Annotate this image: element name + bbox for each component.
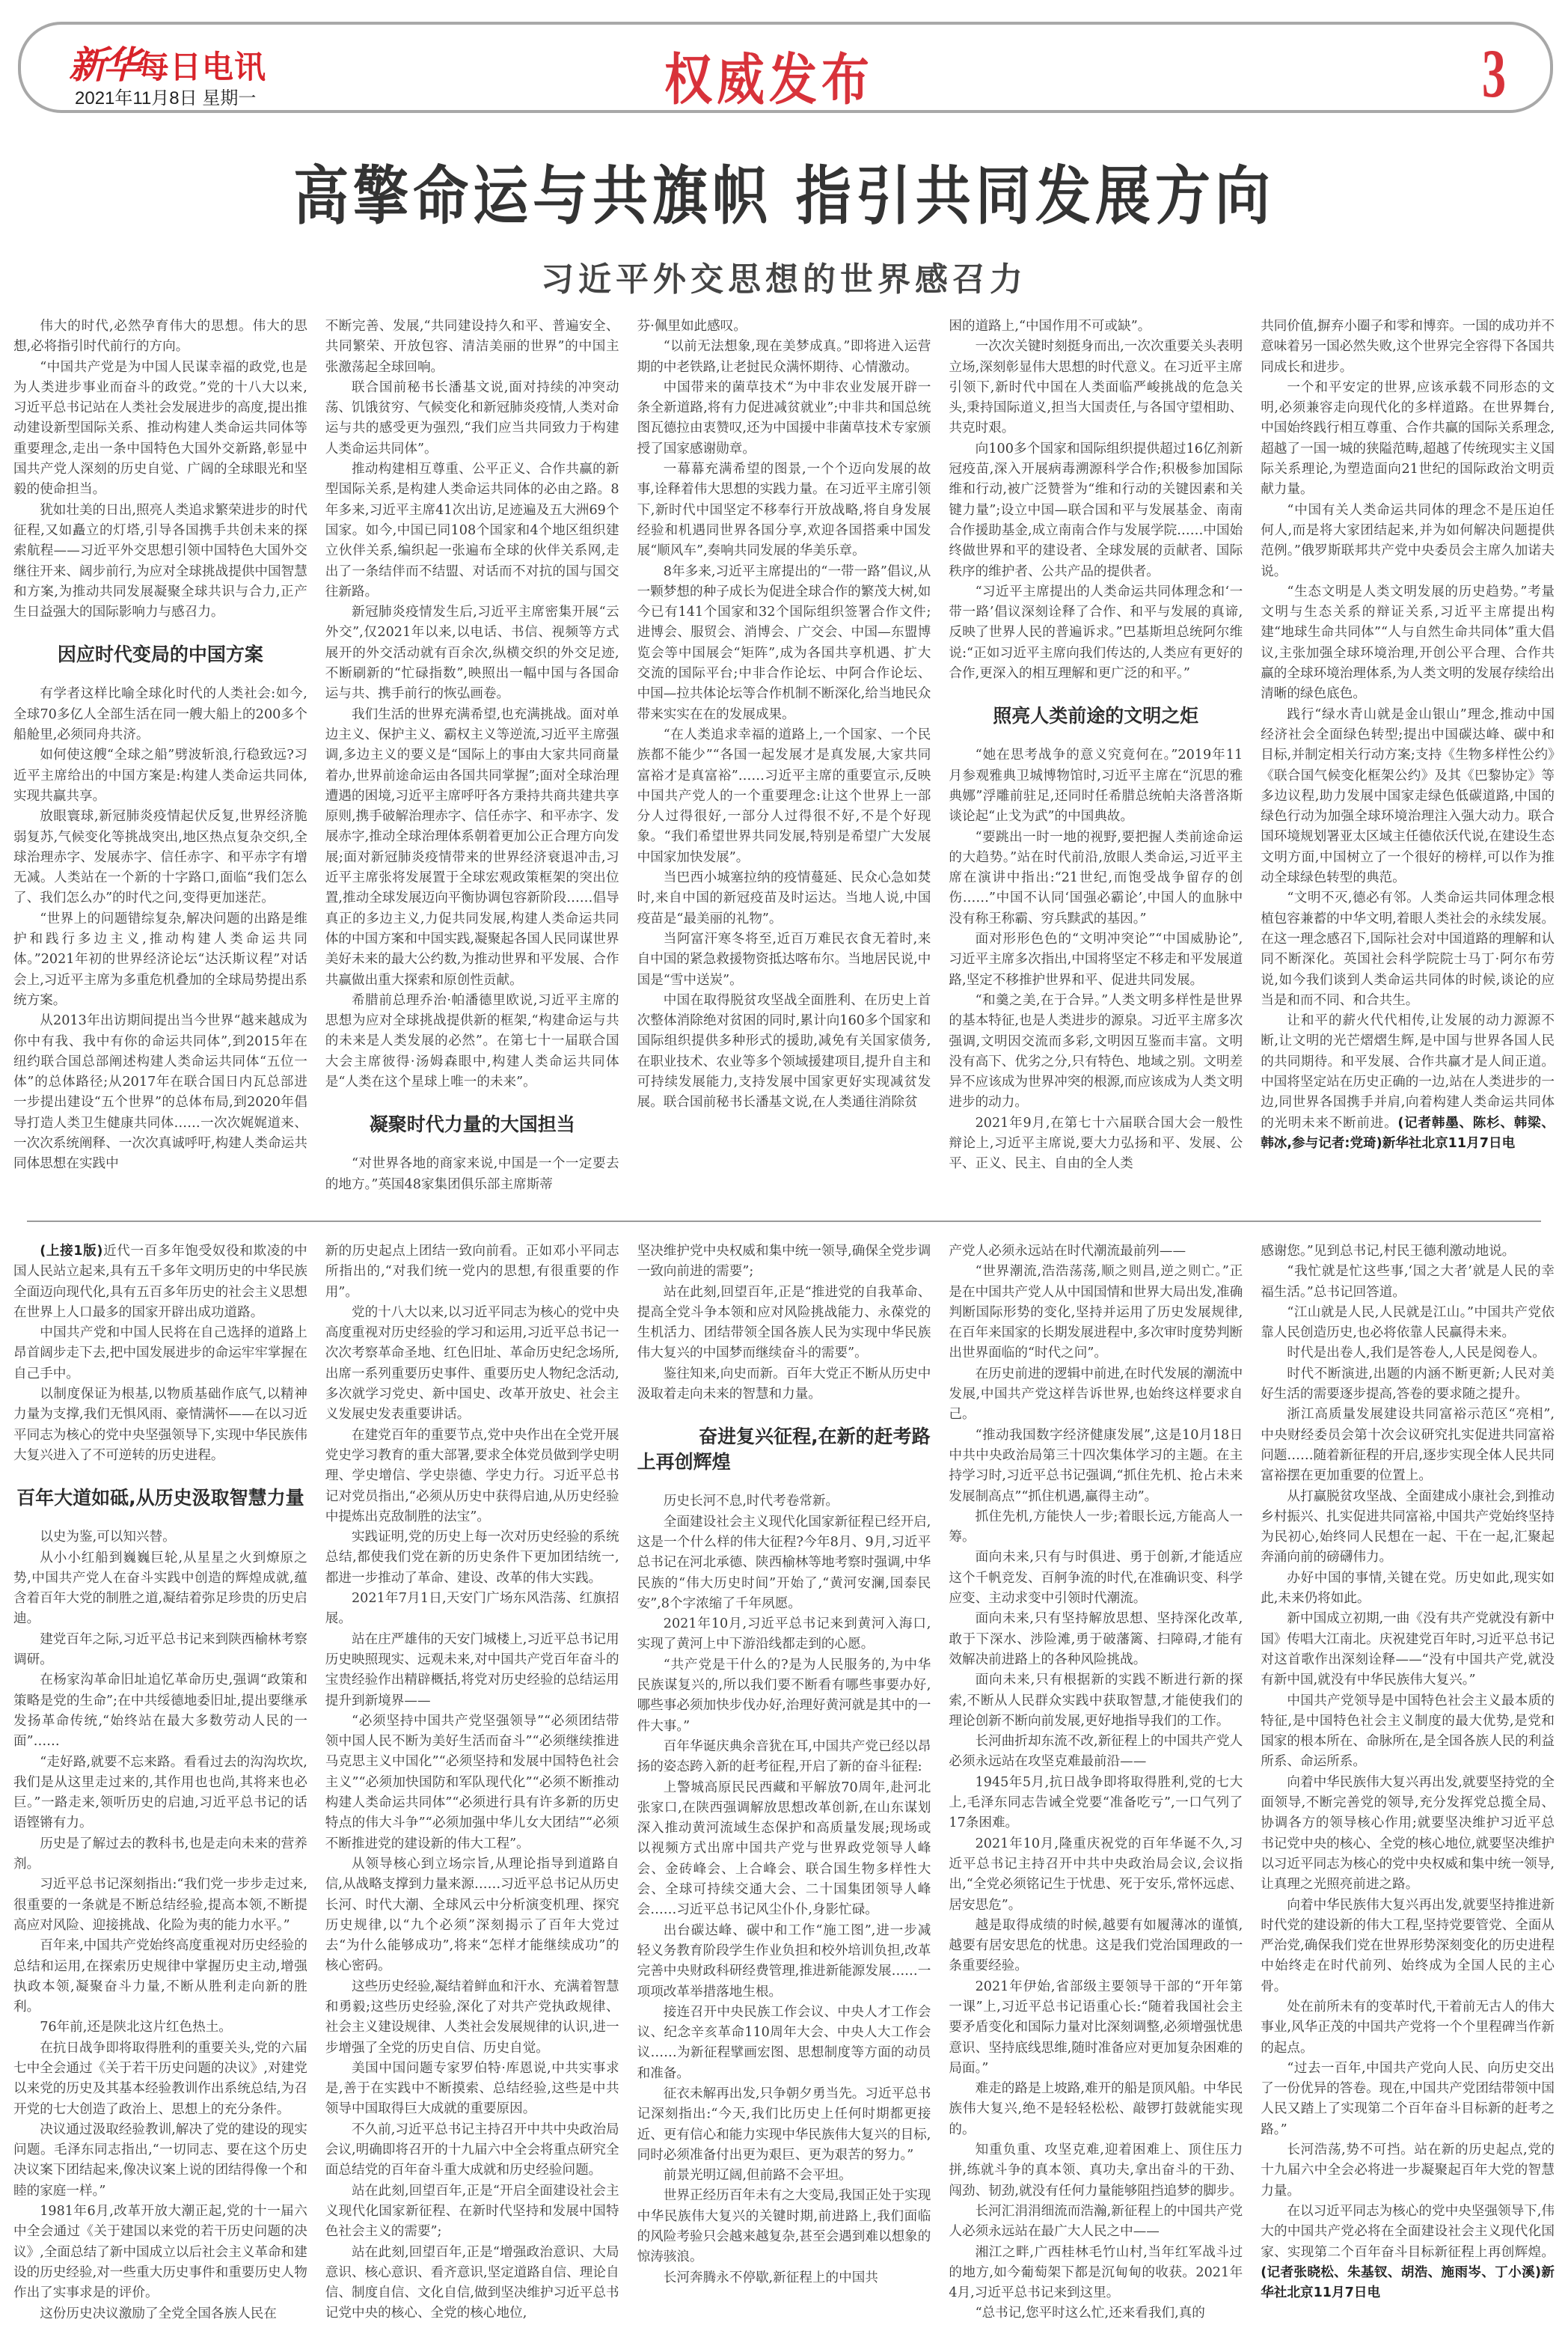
paragraph: 时代不断演进,出题的内涵不断更新;人民对美好生活的需要逐步提高,答卷的要求随之提… bbox=[1261, 1364, 1555, 1405]
paragraph: 前景光明辽阔,但前路不会平坦。 bbox=[637, 2166, 931, 2186]
paragraph: 76年前,还是陕北这片红色热土。 bbox=[13, 2017, 307, 2038]
paragraph: 浙江高质量发展建设共同富裕示范区“亮相”,中央财经委员会第十次会议研究扎实促进共… bbox=[1261, 1405, 1555, 1486]
article-column-4: 产党人必须永远站在时代潮流最前列—— “世界潮流,浩浩荡荡,顺之则昌,逆之则亡。… bbox=[949, 1241, 1243, 2349]
paragraph: 从2013年出访期间提出当今世界“越来越成为你中有我、我中有你的命运共同体”,到… bbox=[13, 1011, 307, 1174]
section-subheading: 因应时代变局的中国方案 bbox=[13, 642, 307, 668]
article-column-3: 坚决维护党中央权威和集中统一领导,确保全党步调一致向前进的需要”; 站在此刻,回… bbox=[637, 1241, 931, 2349]
paragraph: 中国带来的菌草技术“为中非农业发展开辟一条全新道路,将有力促进减贫就业”;中非共… bbox=[637, 378, 931, 459]
paragraph: 站在庄严雄伟的天安门城楼上,习近平总书记用历史映照现实、远观未来,对中国共产党百… bbox=[325, 1630, 619, 1711]
paragraph: “中国有关人类命运共同体的理念不是压迫任何人,而是将大家团结起来,并为如何解决问… bbox=[1261, 501, 1555, 582]
page-number: 3 bbox=[1482, 34, 1506, 113]
paragraph: 希腊前总理乔治·帕潘德里欧说,习近平主席的思想为应对全球挑战提供新的框架,“构建… bbox=[325, 991, 619, 1093]
paragraph: 1945年5月,抗日战争即将取得胜利,党的七大上,毛泽东同志告诫全党要“准备吃亏… bbox=[949, 1773, 1243, 1834]
paragraph: 如何使这艘“全球之船”劈波斩浪,行稳致远?习近平主席给出的中国方案是:构建人类命… bbox=[13, 745, 307, 807]
paragraph: 2021年10月,习近平总书记来到黄河入海口,实现了黄河上中下游沿线都走到的心愿… bbox=[637, 1614, 931, 1655]
paragraph: 践行“绿水青山就是金山银山”理念,推动中国经济社会全面绿色转型;提出中国碳达峰、… bbox=[1261, 705, 1555, 889]
issue-date: 2021年11月8日 星期一 bbox=[75, 83, 256, 109]
paragraph: 有学者这样比喻全球化时代的人类社会:如今,全球70多亿人全部生活在同一艘大船上的… bbox=[13, 684, 307, 745]
article-foreign-policy: 伟大的时代,必然孕育伟大的思想。伟大的思想,必将指引时代前行的方向。 “中国共产… bbox=[0, 317, 1568, 1207]
paragraph: 让和平的薪火代代相传,让发展的动力源源不断,让文明的光芒熠熠生辉,是中国与世界各… bbox=[1261, 1011, 1555, 1154]
paragraph: 1981年6月,改革开放大潮正起,党的十一届六中全会通过《关于建国以来党的若干历… bbox=[13, 2202, 307, 2303]
paragraph: 党的十八大以来,以习近平同志为核心的党中央高度重视对历史经验的学习和运用,习近平… bbox=[325, 1303, 619, 1426]
paragraph: “她在思考战争的意义究竟何在。”2019年11月参观雅典卫城博物馆时,习近平主席… bbox=[949, 745, 1243, 827]
paragraph: 办好中国的事情,关键在党。历史如此,现实如此,未来仍将如此。 bbox=[1261, 1568, 1555, 1610]
section-subheading: 奋进复兴征程,在新的赶考路上再创辉煌 bbox=[637, 1424, 931, 1475]
paragraph: 知重负重、攻坚克难,迎着困难上、顶住压力拼,练就斗争的真本领、真功夫,拿出奋斗的… bbox=[949, 2140, 1243, 2202]
paragraph: 从小小红船到巍巍巨轮,从星星之火到燎原之势,中国共产党人在奋斗实践中创造的辉煌成… bbox=[13, 1548, 307, 1630]
paragraph: (上接1版)近代一百多年饱受奴役和欺凌的中国人民站立起来,具有五千多年文明历史的… bbox=[13, 1241, 307, 1323]
paragraph: 百年华诞庆典余音犹在耳,中国共产党已经以昂扬的姿态跨入新的赶考征程,开启了新的奋… bbox=[637, 1737, 931, 1778]
paragraph: 不断完善、发展,“共同建设持久和平、普遍安全、共同繁荣、开放包容、清洁美丽的世界… bbox=[325, 317, 619, 378]
paragraph: 湘江之畔,广西桂林毛竹山村,当年红军战斗过的地方,如今葡萄架下都是沉甸甸的收获。… bbox=[949, 2243, 1243, 2304]
paragraph: 困的道路上,“中国作用不可或缺”。 bbox=[949, 317, 1243, 337]
paragraph: 习近平总书记深刻指出:“我们党一步步走过来,很重要的一条就是不断总结经验,提高本… bbox=[13, 1875, 307, 1936]
paragraph: 难走的路是上坡路,难开的船是顶风船。中华民族伟大复兴,绝不是轻轻松松、敲锣打鼓就… bbox=[949, 2079, 1243, 2140]
section-subheading: 照亮人类前途的文明之炬 bbox=[949, 703, 1243, 729]
paragraph: 在杨家沟革命旧址追忆革命历史,强调“政策和策略是党的生命”;在中共绥德地委旧址,… bbox=[13, 1670, 307, 1752]
paragraph: 中国共产党领导是中国特色社会主义最本质的特征,是中国特色社会主义制度的最大优势,… bbox=[1261, 1691, 1555, 1773]
paragraph: 8年多来,习近平主席提出的“一带一路”倡议,从一颗梦想的种子成长为促进全球合作的… bbox=[637, 562, 931, 725]
paragraph: 伟大的时代,必然孕育伟大的思想。伟大的思想,必将指引时代前行的方向。 bbox=[13, 317, 307, 358]
paragraph: 在以习近平同志为核心的党中央坚强领导下,伟大的中国共产党必将在全面建设社会主义现… bbox=[1261, 2202, 1555, 2303]
paragraph: 2021年伊始,省部级主要领导干部的“开年第一课”上,习近平总书记语重心长:“随… bbox=[949, 1977, 1243, 2079]
paragraph: “走好路,就要不忘来路。看看过去的沟沟坎坎,我们是从这里走过来的,其作用也也尚,… bbox=[13, 1753, 307, 1834]
paragraph: 当巴西小城塞拉纳的疫情蔓延、民众心急如焚时,来自中国的新冠疫苗及时运达。当地人说… bbox=[637, 868, 931, 929]
article-column-1: 伟大的时代,必然孕育伟大的思想。伟大的思想,必将指引时代前行的方向。 “中国共产… bbox=[13, 317, 307, 1207]
paragraph: “中国共产党是为中国人民谋幸福的政党,也是为人类进步事业而奋斗的政党。”党的十八… bbox=[13, 358, 307, 501]
paragraph: 新中国成立初期,一曲《没有共产党就没有新中国》传唱大江南北。庆祝建党百年时,习近… bbox=[1261, 1609, 1555, 1690]
paragraph: 联合国前秘书长潘基文说,面对持续的冲突动荡、饥饿贫穷、气候变化和新冠肺炎疫情,人… bbox=[325, 378, 619, 459]
paragraph: 长河汇涓涓细流而浩瀚,新征程上的中国共产党人必须永远站在最广大人民之中—— bbox=[949, 2202, 1243, 2243]
paragraph: 长河浩荡,势不可挡。站在新的历史起点,党的十九届六中全会必将进一步凝聚起百年大党… bbox=[1261, 2140, 1555, 2202]
paragraph: “在人类追求幸福的道路上,一个国家、一个民族都不能少”“各国一起发展才是真发展,… bbox=[637, 725, 931, 868]
paragraph: 当阿富汗寒冬将至,近百万难民衣食无着时,来自中国的紧急救援物资抵达喀布尔。当地居… bbox=[637, 929, 931, 991]
paragraph: 坚决维护党中央权威和集中统一领导,确保全党步调一致向前进的需要”; bbox=[637, 1241, 931, 1283]
paragraph: 推动构建相互尊重、公平正义、合作共赢的新型国际关系,是构建人类命运共同体的必由之… bbox=[325, 459, 619, 602]
main-headline: 高擎命运与共旗帜 指引共同发展方向 bbox=[0, 146, 1568, 237]
paragraph: “推动我国数字经济健康发展”,这是10月18日中共中央政治局第三十四次集体学习的… bbox=[949, 1426, 1243, 1507]
paragraph: 在抗日战争即将取得胜利的重要关头,党的六届七中全会通过《关于若干历史问题的决议》… bbox=[13, 2038, 307, 2120]
paragraph: 从领导核心到立场宗旨,从理论指导到道路自信,从战略支撑到力量来源……习近平总书记… bbox=[325, 1854, 619, 1977]
byline: (记者张晓松、朱基钗、胡浩、施雨岑、丁小溪)新华社北京11月7日电 bbox=[1261, 2265, 1555, 2300]
paragraph: 面向未来,只有与时俱进、勇于创新,才能适应这个千帆竞发、百舸争流的时代,在准确识… bbox=[949, 1548, 1243, 1609]
paragraph: 面对形形色色的“文明冲突论”“中国威胁论”,习近平主席多次指出,中国将坚定不移走… bbox=[949, 929, 1243, 991]
paragraph: 接连召开中央民族工作会议、中央人才工作会议、纪念辛亥革命110周年大会、中央人大… bbox=[637, 2003, 931, 2084]
paragraph: 共同价值,摒弃小圈子和零和博弈。一国的成功并不意味着另一国必然失败,这个世界完全… bbox=[1261, 317, 1555, 378]
section-subheading: 凝聚时代力量的大国担当 bbox=[325, 1112, 619, 1137]
logo-script: 新华 bbox=[69, 43, 138, 87]
paragraph: 这份历史决议激励了全党全国各族人民在 bbox=[13, 2304, 307, 2324]
paragraph-text: 在以习近平同志为核心的党中央坚强领导下,伟大的中国共产党必将在全面建设社会主义现… bbox=[1261, 2204, 1555, 2260]
paragraph: 鉴往知来,向史而新。百年大党正不断从历史中汲取着走向未来的智慧和力量。 bbox=[637, 1364, 931, 1405]
paragraph: 美国中国问题专家罗伯特·库恩说,中共实事求是,善于在实践中不断摸索、总结经验,这… bbox=[325, 2059, 619, 2120]
article-column-5: 感谢您。”见到总书记,村民王德利激动地说。 “我忙就是忙这些事,‘国之大者’就是… bbox=[1261, 1241, 1555, 2349]
paragraph: 向100多个国家和国际组织提供超过16亿剂新冠疫苗,深入开展病毒溯源科学合作;积… bbox=[949, 439, 1243, 582]
paragraph: 2021年7月1日,天安门广场东风浩荡、红旗招展。 bbox=[325, 1589, 619, 1630]
paragraph: “必须坚持中国共产党坚强领导”“必须团结带领中国人民不断为美好生活而奋斗”“必须… bbox=[325, 1711, 619, 1854]
newspaper-logo: 新华每日电讯 bbox=[69, 35, 266, 89]
paragraph: “和羹之美,在于合异。”人类文明多样性是世界的基本特征,也是人类进步的源泉。习近… bbox=[949, 991, 1243, 1114]
paragraph: 站在此刻,回望百年,正是“增强政治意识、大局意识、核心意识、看齐意识,坚定道路自… bbox=[325, 2243, 619, 2324]
paragraph: 面向未来,只有坚持解放思想、坚持深化改革,敢于下深水、涉险滩,勇于破藩篱、扫障碍… bbox=[949, 1609, 1243, 1670]
paragraph: 面向未来,只有根据新的实践不断进行新的探索,不断从人民群众实践中获取智慧,才能使… bbox=[949, 1670, 1243, 1732]
paragraph: 这些历史经验,凝结着鲜血和汗水、充满着智慧和勇毅;这些历史经验,深化了对共产党执… bbox=[325, 1977, 619, 2059]
paragraph: 世界正经历百年未有之大变局,我国正处于实现中华民族伟大复兴的关键时期,前进路上,… bbox=[637, 2186, 931, 2267]
article-column-5: 共同价值,摒弃小圈子和零和博弈。一国的成功并不意味着另一国必然失败,这个世界完全… bbox=[1261, 317, 1555, 1207]
article-column-4: 困的道路上,“中国作用不可或缺”。 一次次关键时刻挺身而出,一次次重要关头表明立… bbox=[949, 317, 1243, 1207]
paragraph: 上警城高原民民西藏和平解放70周年,赴河北张家口,在陕西强调解放思想改革创新,在… bbox=[637, 1778, 931, 1921]
paragraph: 感谢您。”见到总书记,村民王德利激动地说。 bbox=[1261, 1241, 1555, 1262]
paragraph: 越是取得成绩的时候,越要有如履薄冰的谨慎,越要有居安思危的忧患。这是我们党治国理… bbox=[949, 1916, 1243, 1977]
paragraph: 建党百年之际,习近平总书记来到陕西榆林考察调研。 bbox=[13, 1630, 307, 1671]
paragraph: 向着中华民族伟大复兴再出发,就要坚持推进新时代党的建设新的伟大工程,坚持党要管党… bbox=[1261, 1896, 1555, 1997]
paragraph: 向着中华民族伟大复兴再出发,就要坚持党的全面领导,不断完善党的领导,充分发挥党总… bbox=[1261, 1773, 1555, 1896]
paragraph: 以史为鉴,可以知兴替。 bbox=[13, 1527, 307, 1548]
article-column-3: 芬·佩里如此感叹。 “以前无法想象,现在美梦成真。”即将进入运营期的中老铁路,让… bbox=[637, 317, 931, 1207]
paragraph: 时代是出卷人,我们是答卷人,人民是阅卷人。 bbox=[1261, 1343, 1555, 1363]
article-column-1: (上接1版)近代一百多年饱受奴役和欺凌的中国人民站立起来,具有五千多年文明历史的… bbox=[13, 1241, 307, 2349]
paragraph: “生态文明是人类文明发展的历史趋势。”考量文明与生态关系的辩证关系,习近平主席提… bbox=[1261, 582, 1555, 705]
paragraph: “世界潮流,浩浩荡荡,顺之则昌,逆之则亡。”正是在中国共产党人从中国国情和世界大… bbox=[949, 1262, 1243, 1363]
masthead: 新华每日电讯 2021年11月8日 星期一 权威发布 3 bbox=[18, 22, 1553, 113]
paragraph: 全面建设社会主义现代化国家新征程已经开启,这是一个什么样的伟大征程?今年8月、9… bbox=[637, 1512, 931, 1614]
paragraph: 出台碳达峰、碳中和工作“施工图”,进一步减轻义务教育阶段学生作业负担和校外培训负… bbox=[637, 1921, 931, 2003]
paragraph: “共产党是干什么的?是为人民服务的,为中华民族谋复兴的,所以我们要不断看有哪些事… bbox=[637, 1655, 931, 1737]
paragraph: 一个和平安定的世界,应该承载不同形态的文明,必须兼容走向现代化的多样道路。在世界… bbox=[1261, 378, 1555, 501]
paragraph: “世界上的问题错综复杂,解决问题的出路是维护和践行多边主义,推动构建人类命运共同… bbox=[13, 909, 307, 1011]
paragraph: 放眼寰球,新冠肺炎疫情起伏反复,世界经济脆弱复苏,气候变化等挑战突出,地区热点复… bbox=[13, 807, 307, 908]
article-divider bbox=[27, 1221, 1541, 1222]
paragraph: 不久前,习近平总书记主持召开中共中央政治局会议,明确即将召开的十九届六中全会将重… bbox=[325, 2120, 619, 2181]
paragraph: 在建党百年的重要节点,党中央作出在全党开展党史学习教育的重大部署,要求全体党员做… bbox=[325, 1426, 619, 1527]
paragraph: 长河曲折却东流不改,新征程上的中国共产党人必须永远站在攻坚克难最前沿—— bbox=[949, 1732, 1243, 1773]
paragraph: 一幕幕充满希望的图景,一个个迈向发展的故事,诠释着伟大思想的实践力量。在习近平主… bbox=[637, 459, 931, 561]
paragraph: 在历史前进的逻辑中前进,在时代发展的潮流中发展,中国共产党这样告诉世界,也始终这… bbox=[949, 1364, 1243, 1426]
paragraph: 百年来,中国共产党始终高度重视对历史经验的总结和运用,在探索历史规律中掌握历史主… bbox=[13, 1936, 307, 2017]
paragraph: 我们生活的世界充满希望,也充满挑战。面对单边主义、保护主义、霸权主义等逆流,习近… bbox=[325, 705, 619, 991]
paragraph: “总书记,您平时这么忙,还来看我们,真的 bbox=[949, 2303, 1243, 2324]
paragraph-text: 让和平的薪火代代相传,让发展的动力源源不断,让文明的光芒熠熠生辉,是中国与世界各… bbox=[1261, 1013, 1555, 1130]
paragraph: 中国在取得脱贫攻坚战全面胜利、在历史上首次整体消除绝对贫困的同时,累计向160多… bbox=[637, 991, 931, 1114]
paragraph: 2021年10月,隆重庆祝党的百年华诞不久,习近平总书记主持召开中共中央政治局会… bbox=[949, 1834, 1243, 1916]
article-column-2: 新的历史起点上团结一致向前看。正如邓小平同志所指出的,“对我们统一党内的思想,有… bbox=[325, 1241, 619, 2349]
paragraph: 长河奔腾永不停歇,新征程上的中国共 bbox=[637, 2268, 931, 2288]
paragraph: 中国共产党和中国人民将在自己选择的道路上昂首阔步走下去,把中国发展进步的命运牢牢… bbox=[13, 1323, 307, 1384]
paragraph: 实践证明,党的历史上每一次对历史经验的系统总结,都使我们党在新的历史条件下更加团… bbox=[325, 1527, 619, 1589]
logo-text: 每日电讯 bbox=[138, 49, 266, 85]
paragraph: 站在此刻,回望百年,正是“推进党的自我革命、提高全党斗争本领和应对风险挑战能力、… bbox=[637, 1283, 931, 1364]
paragraph: 犹如壮美的日出,照亮人类追求繁荣进步的时代征程,又如矗立的灯塔,引导各国携手共创… bbox=[13, 501, 307, 623]
paragraph: 历史长河不息,时代考卷常新。 bbox=[637, 1491, 931, 1512]
sub-headline: 习近平外交思想的世界感召力 bbox=[0, 252, 1568, 300]
article-party-history: (上接1版)近代一百多年饱受奴役和欺凌的中国人民站立起来,具有五千多年文明历史的… bbox=[0, 1241, 1568, 2349]
paragraph: “对世界各地的商家来说,中国是一个一定要去的地方。”英国48家集团俱乐部主席斯蒂 bbox=[325, 1154, 619, 1195]
paragraph: “以前无法想象,现在美梦成真。”即将进入运营期的中老铁路,让老挝民众满怀期待、心… bbox=[637, 337, 931, 378]
paragraph: “过去一百年,中国共产党向人民、向历史交出了一份优异的答卷。现在,中国共产党团结… bbox=[1261, 2059, 1555, 2140]
paragraph: 抓住先机,方能快人一步;着眼长远,方能高人一筹。 bbox=[949, 1507, 1243, 1548]
section-subheading: 百年大道如砥,从历史汲取智慧力量 bbox=[13, 1485, 307, 1511]
paragraph: 决议通过汲取经验教训,解决了党的建设的现实问题。毛泽东同志指出,“一切同志、要在… bbox=[13, 2120, 307, 2202]
paragraph: 征衣未解再出发,只争朝夕勇当先。习近平总书记深刻指出:“今天,我们比历史上任何时… bbox=[637, 2084, 931, 2166]
paragraph: 站在此刻,回望百年,正是“开启全面建设社会主义现代化国家新征程、在新时代坚持和发… bbox=[325, 2181, 619, 2243]
paragraph: 以制度保证为根基,以物质基础作底气,以精神力量为支撑,我们无惧风雨、豪情满怀——… bbox=[13, 1384, 307, 1466]
paragraph: 2021年9月,在第七十六届联合国大会一般性辩论上,习近平主席说,要大力弘扬和平… bbox=[949, 1114, 1243, 1175]
paragraph: “习近平主席提出的人类命运共同体理念和‘一带一路’倡议深刻诠释了合作、和平与发展… bbox=[949, 582, 1243, 684]
paragraph: “要跳出一时一地的视野,要把握人类前途命运的大趋势。”站在时代前沿,放眼人类命运… bbox=[949, 828, 1243, 929]
paragraph: 芬·佩里如此感叹。 bbox=[637, 317, 931, 337]
continued-tag: (上接1版) bbox=[40, 1244, 102, 1259]
paragraph: “我忙就是忙这些事,‘国之大者’就是人民的幸福生活。”总书记回答道。 bbox=[1261, 1262, 1555, 1303]
article-column-2: 不断完善、发展,“共同建设持久和平、普遍安全、共同繁荣、开放包容、清洁美丽的世界… bbox=[325, 317, 619, 1207]
paragraph: “江山就是人民,人民就是江山。”中国共产党依靠人民创造历史,也必将依靠人民赢得未… bbox=[1261, 1303, 1555, 1344]
paragraph: 产党人必须永远站在时代潮流最前列—— bbox=[949, 1241, 1243, 1262]
paragraph: 新的历史起点上团结一致向前看。正如邓小平同志所指出的,“对我们统一党内的思想,有… bbox=[325, 1241, 619, 1303]
paragraph: 一次次关键时刻挺身而出,一次次重要关头表明立场,深刻彰显伟大思想的时代意义。在习… bbox=[949, 337, 1243, 439]
paragraph: 从打赢脱贫攻坚战、全面建成小康社会,到推动乡村振兴、扎实促进共同富裕,中国共产党… bbox=[1261, 1487, 1555, 1568]
paragraph: 新冠肺炎疫情发生后,习近平主席密集开展“云外交”,仅2021年以来,以电话、书信… bbox=[325, 602, 619, 704]
paragraph: 处在前所未有的变革时代,干着前无古人的伟大事业,风华正茂的中国共产党将一个个里程… bbox=[1261, 1997, 1555, 2059]
paragraph: “文明不灭,德必有邻。人类命运共同体理念根植包容兼蓄的中华文明,着眼人类社会的永… bbox=[1261, 888, 1555, 1011]
section-title: 权威发布 bbox=[664, 36, 874, 115]
paragraph: 历史是了解过去的教科书,也是走向未来的营养剂。 bbox=[13, 1834, 307, 1875]
